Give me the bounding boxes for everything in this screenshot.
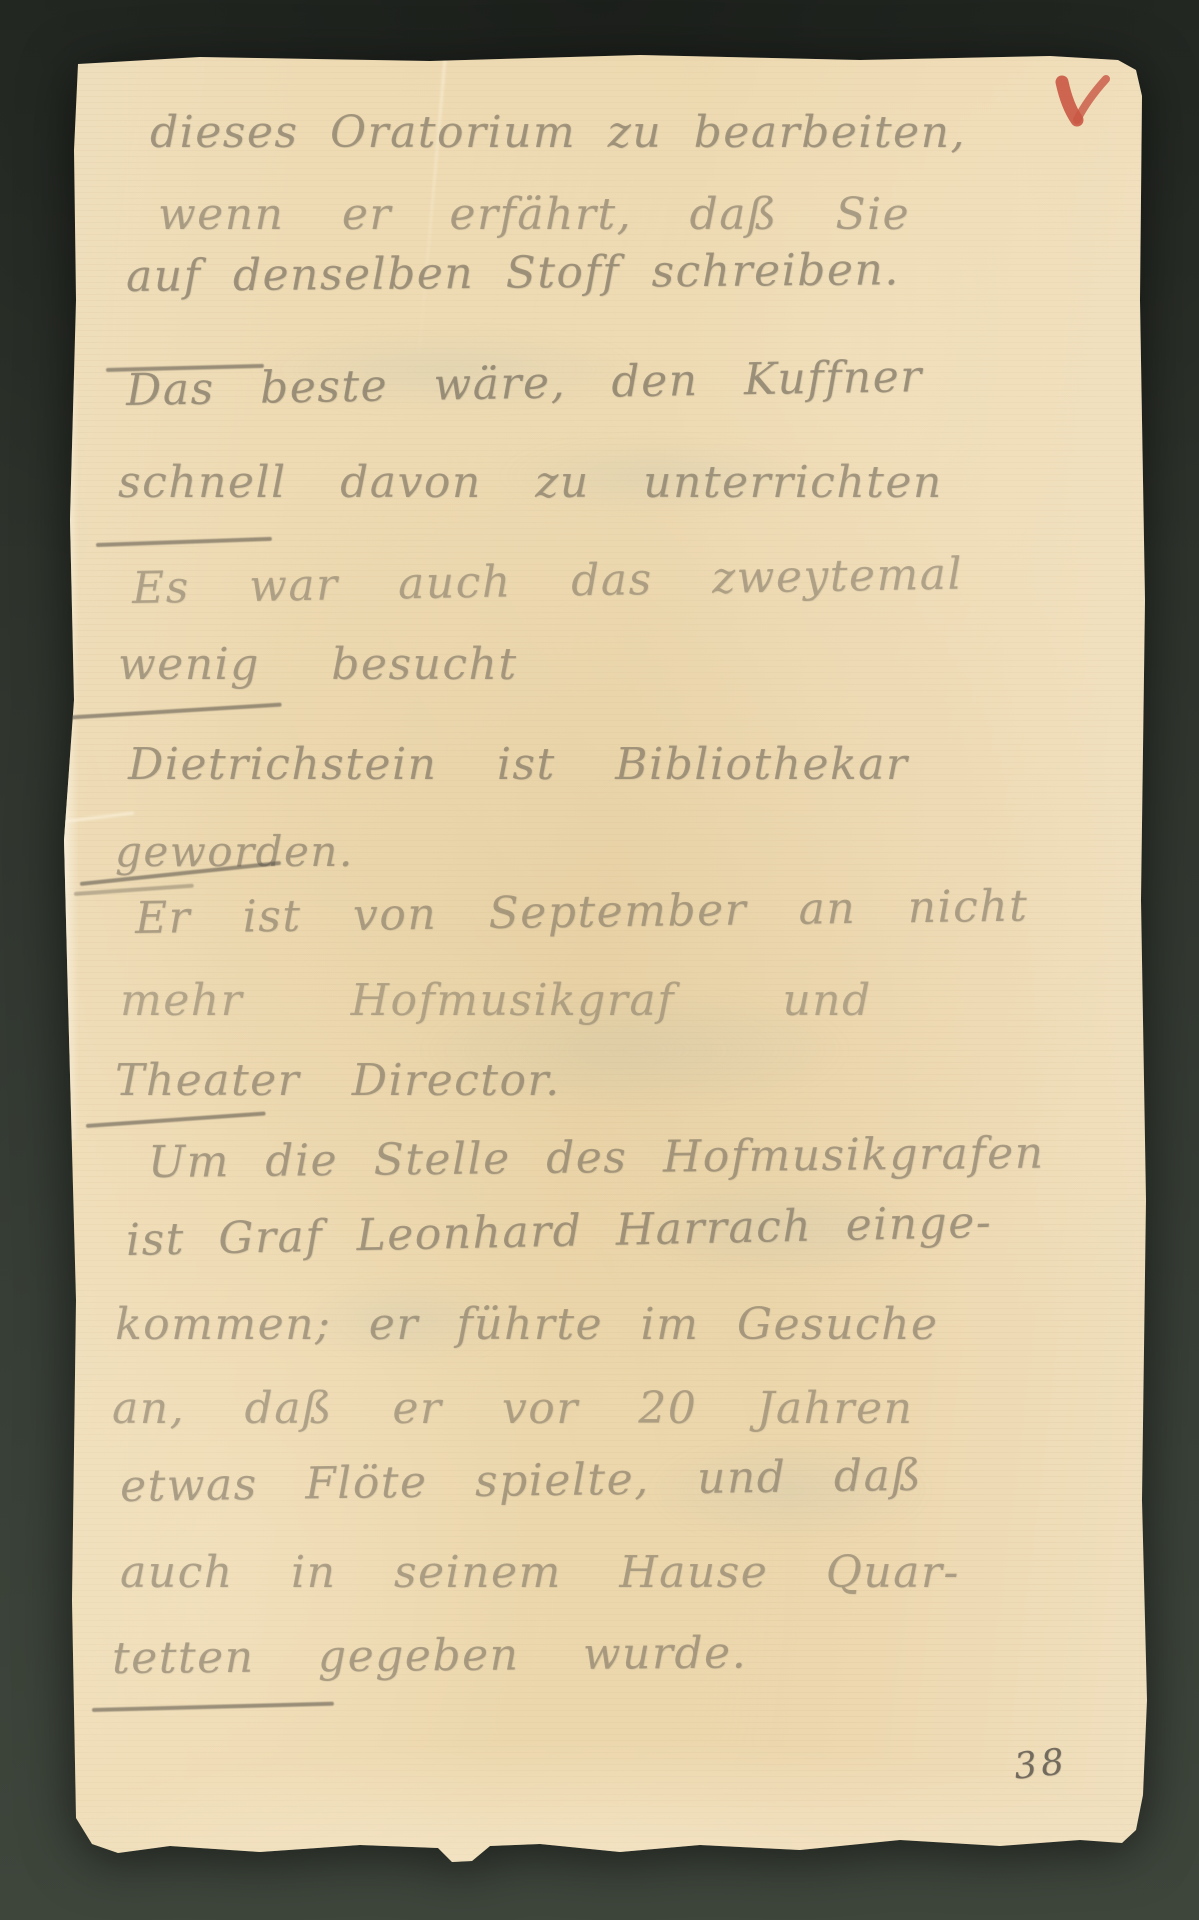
handwritten-line: Das beste wäre, den Kuffner	[126, 354, 923, 414]
paper-deckle-edge	[62, 380, 79, 1140]
handwritten-line: Dietrichstein ist Bibliothekar	[128, 742, 908, 788]
handwritten-line: etwas Flöte spielte, und daß	[120, 1453, 923, 1510]
handwritten-line: Um die Stelle des Hofmusikgrafen	[148, 1131, 1045, 1187]
manuscript-page: dieses Oratorium zu bearbeiten, wenn er …	[0, 0, 1199, 1920]
handwritten-line: Es war auch das zweytemal	[132, 551, 964, 612]
handwritten-line: an, daß er vor 20 Jahren	[112, 1386, 913, 1432]
pencil-rule	[92, 1702, 334, 1712]
handwritten-line: dieses Oratorium zu bearbeiten,	[150, 110, 966, 156]
paper-shadow-wrap: dieses Oratorium zu bearbeiten, wenn er …	[0, 0, 1199, 1920]
handwritten-line: kommen; er führte im Gesuche	[115, 1302, 938, 1348]
page-number: 38	[1012, 1741, 1070, 1787]
handwritten-line: wenn er erfährt, daß Sie	[158, 192, 910, 238]
scan-background: dieses Oratorium zu bearbeiten, wenn er …	[0, 0, 1199, 1920]
pencil-underline	[96, 537, 272, 547]
handwritten-line: wenig besucht	[118, 642, 518, 688]
handwritten-line: auf denselben Stoff schreiben.	[126, 247, 900, 300]
pencil-rule	[62, 703, 282, 720]
handwritten-line: Er ist von September an nicht	[135, 884, 1029, 943]
handwritten-line: schnell davon zu unterrichten	[118, 460, 943, 506]
red-checkmark-icon	[1048, 66, 1118, 136]
handwritten-line: Theater Director.	[115, 1058, 561, 1104]
handwritten-line: mehr Hofmusikgraf und	[120, 978, 872, 1024]
handwritten-line: auch in seinem Hause Quar-	[120, 1550, 960, 1596]
pencil-rule	[86, 1111, 266, 1128]
handwritten-line: tetten gegeben wurde.	[112, 1630, 748, 1682]
